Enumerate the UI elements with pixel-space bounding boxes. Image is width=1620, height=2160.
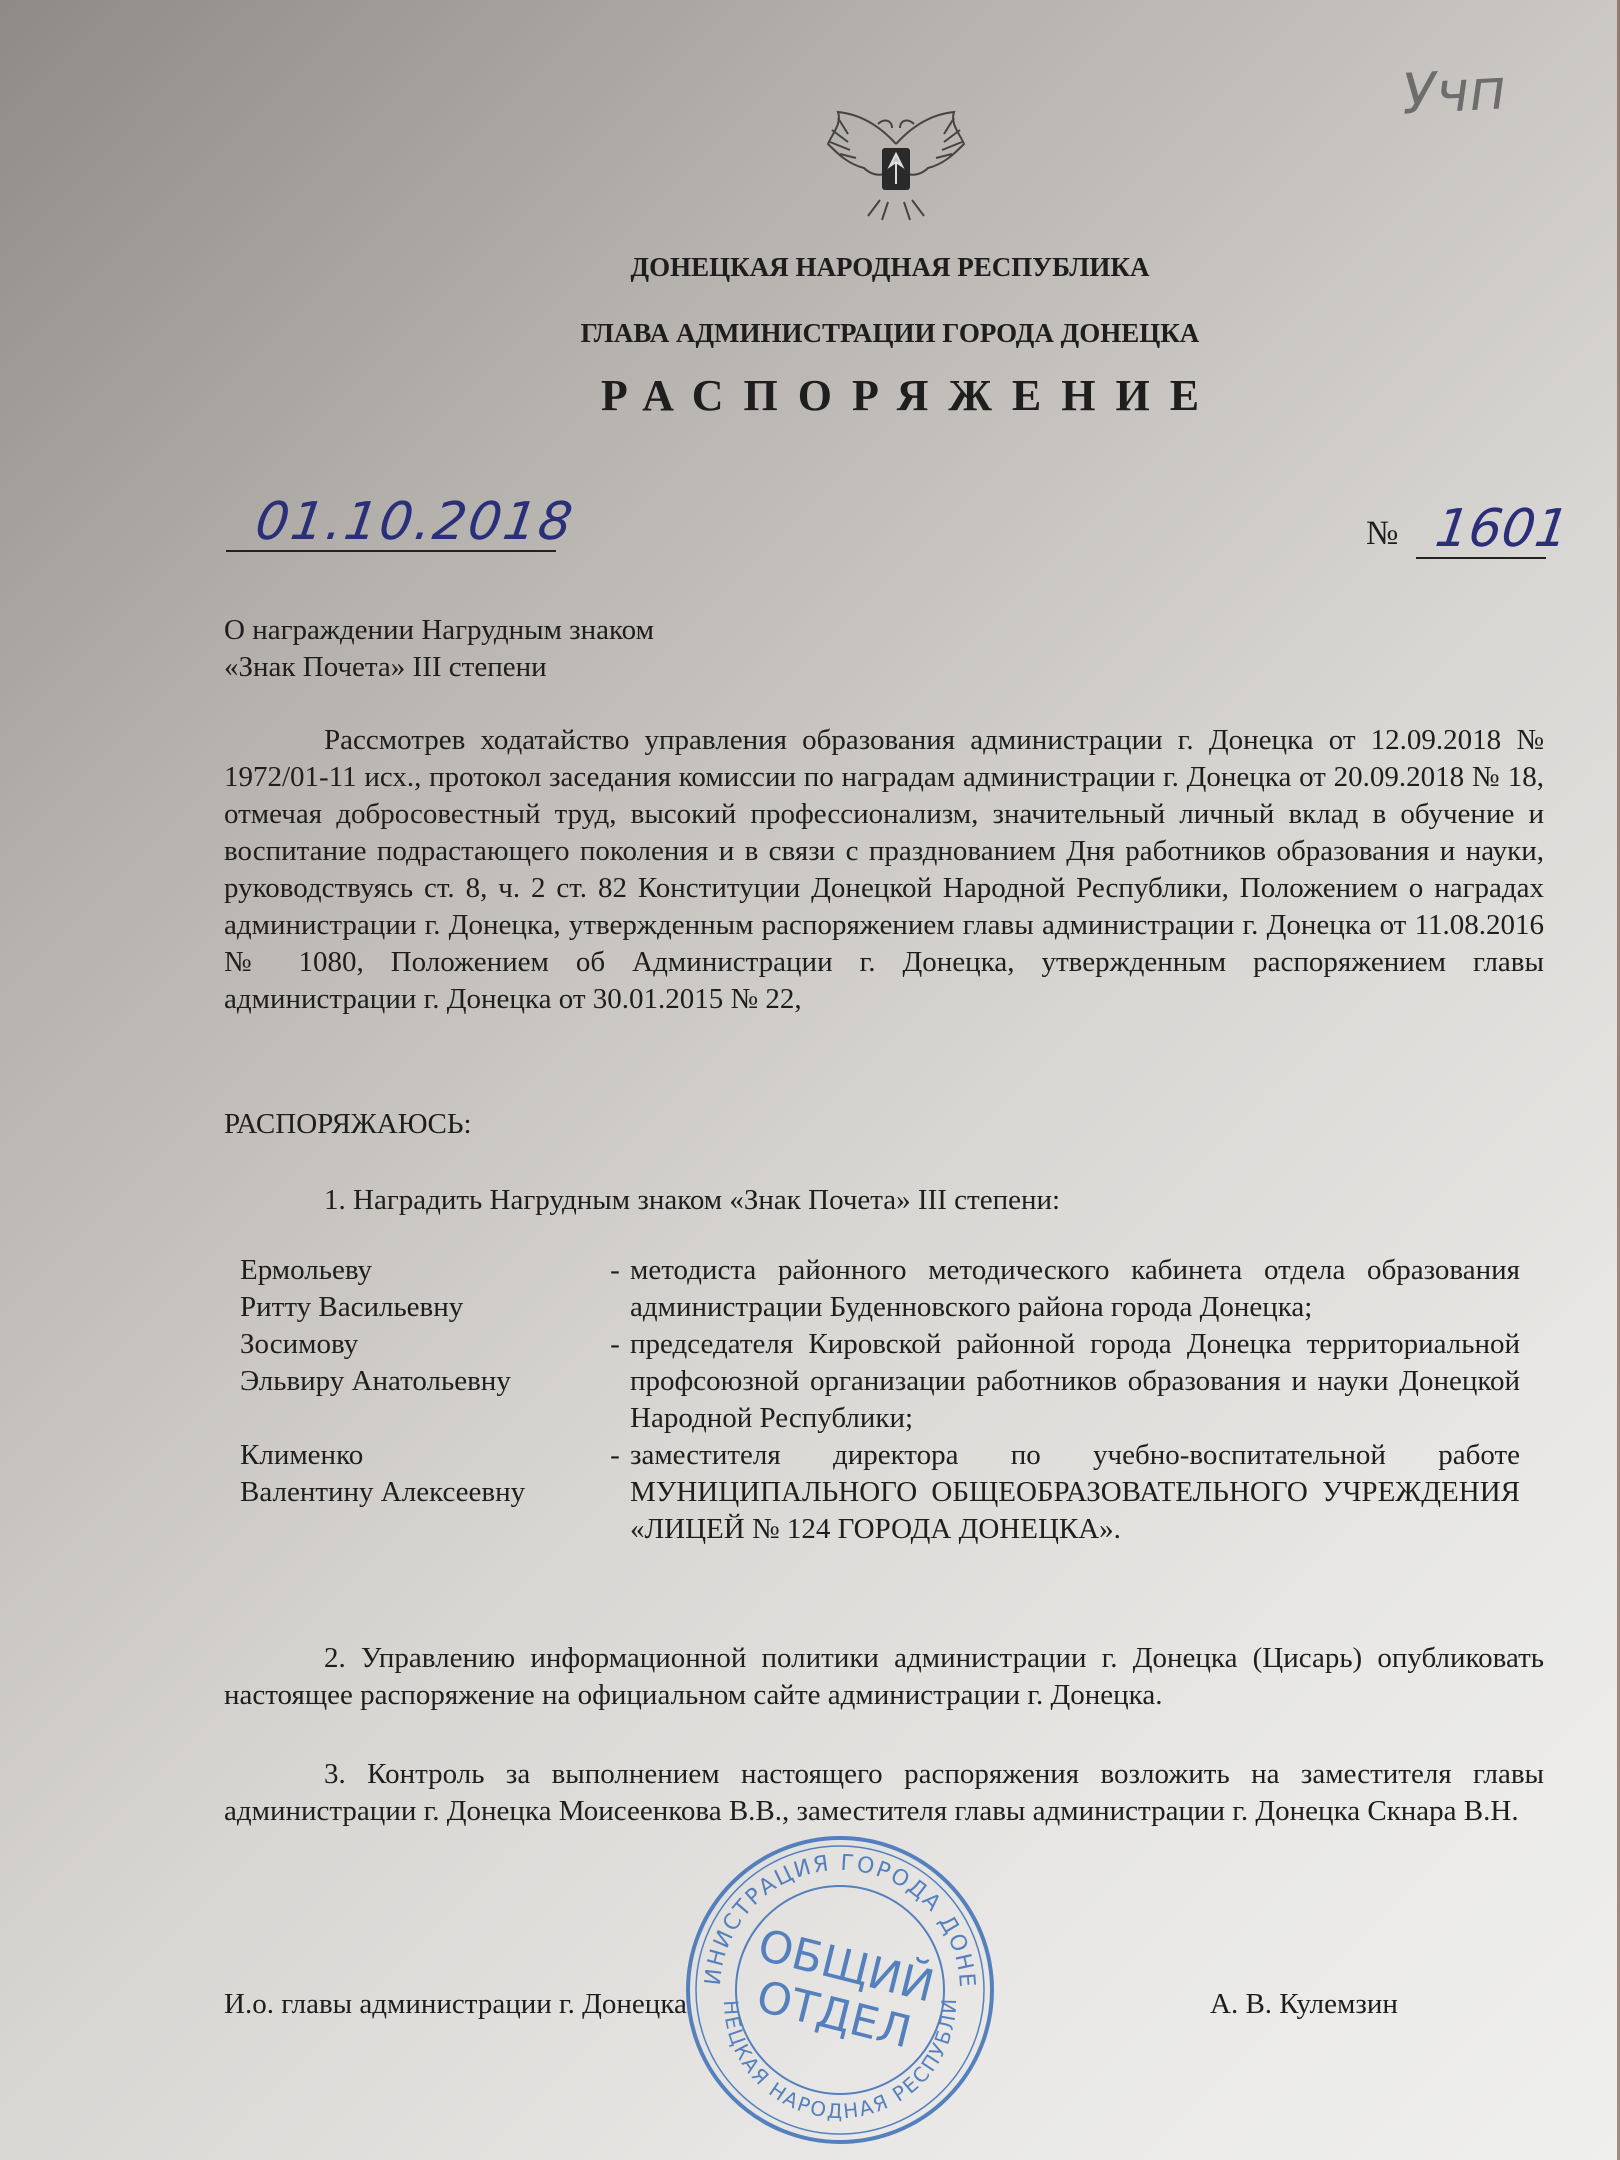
signatory-role: И.о. главы администрации г. Донецка xyxy=(224,1988,687,2021)
document-type-title: РАСПОРЯЖЕНИЕ xyxy=(100,370,1620,421)
subject-line-1: О награждении Нагрудным знаком xyxy=(224,612,654,649)
republic-title: ДОНЕЦКАЯ НАРОДНАЯ РЕСПУБЛИКА xyxy=(80,252,1620,283)
order-item-3: 3. Контроль за выполнением настоящего ра… xyxy=(224,1756,1544,1830)
authority-title: ГЛАВА АДМИНИСТРАЦИИ ГОРОДА ДОНЕЦКА xyxy=(80,318,1620,349)
awardees-list: Ермольеву Ритту Васильевну - методиста р… xyxy=(240,1252,1530,1548)
awardee-row: Зосимову Эльвиру Анатольевну - председат… xyxy=(240,1326,1530,1437)
dash: - xyxy=(600,1437,630,1548)
awardee-given-names: Ритту Васильевну xyxy=(240,1289,600,1326)
preamble-paragraph: Рассмотрев ходатайство управления образо… xyxy=(224,722,1544,1018)
awardee-surname: Клименко xyxy=(240,1437,600,1474)
dash: - xyxy=(600,1252,630,1326)
awardee-surname: Зосимову xyxy=(240,1326,600,1363)
number-value: 1601 xyxy=(1432,499,1573,559)
official-stamp-icon: АДМИНИСТРАЦИЯ ГОРОДА ДОНЕЦКА ДОНЕЦКАЯ НА… xyxy=(680,1830,1000,2150)
date-field: 01.10.2018 xyxy=(226,490,556,552)
awardee-name: Ермольеву Ритту Васильевну xyxy=(240,1252,600,1326)
coat-of-arms-icon xyxy=(818,104,974,228)
document-page: Учп ДОНЕЦКАЯ НАРОДНАЯ РЕСПУБЛИКА ГЛАВА А… xyxy=(0,0,1620,2160)
awardee-position: заместителя директора по учебно-воспитат… xyxy=(630,1437,1520,1548)
awardee-row: Ермольеву Ритту Васильевну - методиста р… xyxy=(240,1252,1530,1326)
order-item-1: 1. Наградить Нагрудным знаком «Знак Поче… xyxy=(324,1184,1060,1217)
awardee-name: Клименко Валентину Алексеевну xyxy=(240,1437,600,1548)
awardee-given-names: Эльвиру Анатольевну xyxy=(240,1363,600,1400)
awardee-row: Клименко Валентину Алексеевну - заместит… xyxy=(240,1437,1530,1548)
subject-line-2: «Знак Почета» III степени xyxy=(224,649,654,686)
number-underline xyxy=(1416,557,1546,559)
order-heading: РАСПОРЯЖАЮСЬ: xyxy=(224,1108,472,1141)
awardee-position: методиста районного методического кабине… xyxy=(630,1252,1520,1326)
order-item-2: 2. Управлению информационной политики ад… xyxy=(224,1640,1544,1714)
awardee-position: председателя Кировской районной города Д… xyxy=(630,1326,1520,1437)
handwritten-corner-note: Учп xyxy=(1400,57,1507,127)
dash: - xyxy=(600,1326,630,1437)
awardee-surname: Ермольеву xyxy=(240,1252,600,1289)
signatory-name: А. В. Кулемзин xyxy=(1210,1988,1398,2021)
date-value: 01.10.2018 xyxy=(252,492,578,552)
number-label: № xyxy=(1366,515,1398,553)
subject: О награждении Нагрудным знаком «Знак Поч… xyxy=(224,612,654,686)
awardee-name: Зосимову Эльвиру Анатольевну xyxy=(240,1326,600,1437)
awardee-given-names: Валентину Алексеевну xyxy=(240,1474,600,1511)
